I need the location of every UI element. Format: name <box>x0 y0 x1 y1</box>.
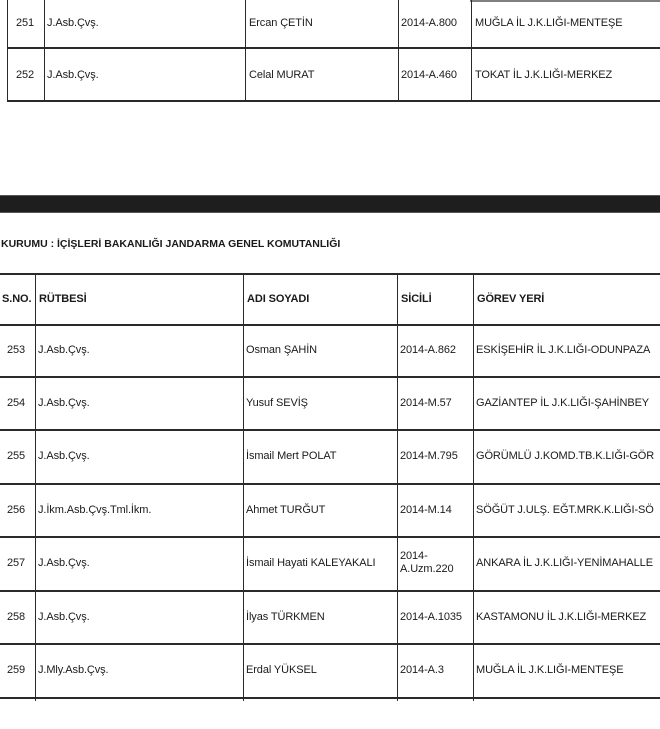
table-border <box>35 273 36 701</box>
header-rank: RÜTBESİ <box>39 274 87 324</box>
header-registry: SİCİLİ <box>401 274 432 324</box>
rank-cell: J.Asb.Çvş. <box>38 536 90 590</box>
name-cell: İsmail Hayati KALEYAKALI <box>246 536 375 590</box>
registry-cell: 2014-A.800 <box>401 8 457 38</box>
header-sno: S.NO. <box>2 274 31 324</box>
table-border <box>44 0 45 101</box>
registry-cell: 2014-A.862 <box>400 324 456 376</box>
sno-cell: 259 <box>7 643 25 697</box>
duty-station-cell: KASTAMONU İL J.K.LIĞI-MERKEZ <box>476 590 646 643</box>
name-cell: Celal MURAT <box>249 60 314 90</box>
rank-cell: J.Asb.Çvş. <box>38 324 90 376</box>
registry-line: 2014- <box>400 550 428 563</box>
registry-cell: 2014-A.460 <box>401 60 457 90</box>
duty-station-cell: SÖĞÜT J.ULŞ. EĞT.MRK.K.LIĞI-SÖ <box>476 483 654 536</box>
rank-cell: J.Asb.Çvş. <box>38 376 90 429</box>
name-cell: Osman ŞAHİN <box>246 324 317 376</box>
registry-line: A.Uzm.220 <box>400 563 454 576</box>
sno-cell: 254 <box>7 376 25 429</box>
registry-cell: 2014-M.14 <box>400 483 452 536</box>
sno-cell: 252 <box>16 60 34 90</box>
table-border <box>0 697 660 699</box>
page-separator <box>0 195 660 213</box>
table-border <box>471 0 472 101</box>
rank-cell: J.İkm.Asb.Çvş.Tml.İkm. <box>38 483 151 536</box>
registry-cell: 2014-A.Uzm.220 <box>400 536 454 590</box>
registry-cell: 2014-M.57 <box>400 376 452 429</box>
rank-cell: J.Asb.Çvş. <box>38 429 90 483</box>
registry-cell: 2014-A.1035 <box>400 590 462 643</box>
sno-cell: 255 <box>7 429 25 483</box>
header-duty-station: GÖREV YERİ <box>477 274 544 324</box>
duty-station-cell: MUĞLA İL J.K.LIĞI-MENTEŞE <box>475 8 622 38</box>
duty-station-cell: ESKİŞEHİR İL J.K.LIĞI-ODUNPAZA <box>476 324 650 376</box>
name-cell: Ahmet TURĞUT <box>246 483 325 536</box>
rank-cell: J.Asb.Çvş. <box>38 590 90 643</box>
table-border <box>7 47 660 49</box>
table-border <box>398 0 399 101</box>
header-name: ADI SOYADI <box>247 274 309 324</box>
registry-cell: 2014-M.795 <box>400 429 458 483</box>
rank-cell: J.Asb.Çvş. <box>47 8 99 38</box>
rank-cell: J.Asb.Çvş. <box>47 60 99 90</box>
table-border <box>243 273 244 701</box>
sno-cell: 251 <box>16 8 34 38</box>
sno-cell: 257 <box>7 536 25 590</box>
name-cell: Ercan ÇETİN <box>249 8 313 38</box>
name-cell: Erdal YÜKSEL <box>246 643 317 697</box>
name-cell: İlyas TÜRKMEN <box>246 590 325 643</box>
institution-heading: KURUMU : İÇİŞLERİ BAKANLIĞI JANDARMA GEN… <box>1 238 340 250</box>
duty-station-cell: ANKARA İL J.K.LIĞI-YENİMAHALLE <box>476 536 653 590</box>
table-border <box>7 100 660 102</box>
duty-station-cell: GAZİANTEP İL J.K.LIĞI-ŞAHİNBEY <box>476 376 649 429</box>
duty-station-cell: MUĞLA İL J.K.LIĞI-MENTEŞE <box>476 643 623 697</box>
name-cell: İsmail Mert POLAT <box>246 429 336 483</box>
table-border <box>470 0 660 2</box>
table-border <box>397 273 398 701</box>
sno-cell: 258 <box>7 590 25 643</box>
duty-station-cell: GÖRÜMLÜ J.KOMD.TB.K.LIĞI-GÖR <box>476 429 654 483</box>
registry-cell: 2014-A.3 <box>400 643 444 697</box>
sno-cell: 256 <box>7 483 25 536</box>
table-border <box>473 273 474 701</box>
table-border <box>245 0 246 101</box>
table-border <box>7 0 8 101</box>
duty-station-cell: TOKAT İL J.K.LIĞI-MERKEZ <box>475 60 612 90</box>
rank-cell: J.Mly.Asb.Çvş. <box>38 643 109 697</box>
sno-cell: 253 <box>7 324 25 376</box>
name-cell: Yusuf SEVİŞ <box>246 376 308 429</box>
table-border <box>0 273 660 275</box>
